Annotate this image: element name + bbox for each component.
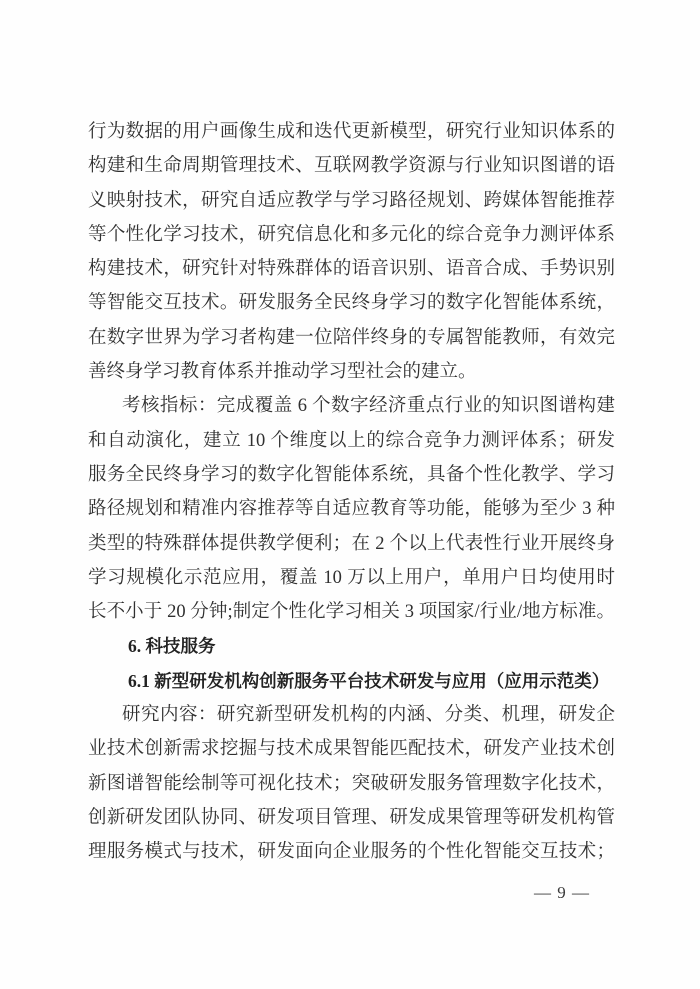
text-line: 构建和生命周期管理技术、互联网教学资源与行业知识图谱的语 xyxy=(88,149,615,183)
text-line: 研究内容：研究新型研发机构的内涵、分类、机理，研发企 xyxy=(88,698,615,732)
text-line: 路径规划和精准内容推荐等自适应教育等功能，能够为至少 3 种 xyxy=(88,492,615,526)
text-line: 学习规模化示范应用，覆盖 10 万以上用户，单用户日均使用时 xyxy=(88,561,615,595)
text-line: 行为数据的用户画像生成和迭代更新模型，研究行业知识体系的 xyxy=(88,115,615,149)
text-block: 行为数据的用户画像生成和迭代更新模型，研究行业知识体系的构建和生命周期管理技术、… xyxy=(88,115,615,870)
text-line: 业技术创新需求挖掘与技术成果智能匹配技术，研发产业技术创 xyxy=(88,732,615,766)
page-number: — 9 — xyxy=(0,881,590,905)
text-line: 创新研发团队协同、研发项目管理、研发成果管理等研发机构管 xyxy=(88,801,615,835)
text-line: 在数字世界为学习者构建一位陪伴终身的专属智能教师，有效完 xyxy=(88,321,615,355)
text-line: 等智能交互技术。研发服务全民终身学习的数字化智能体系统， xyxy=(88,286,615,320)
text-line: 理服务模式与技术，研发面向企业服务的个性化智能交互技术； xyxy=(88,835,615,869)
text-line: 义映射技术，研究自适应教学与学习路径规划、跨媒体智能推荐 xyxy=(88,184,615,218)
heading-line: 6.1 新型研发机构创新服务平台技术研发与应用（应用示范类） xyxy=(88,664,615,698)
text-line: 和自动演化，建立 10 个维度以上的综合竞争力测评体系；研发 xyxy=(88,424,615,458)
text-line: 长不小于 20 分钟;制定个性化学习相关 3 项国家/行业/地方标准。 xyxy=(88,595,615,629)
text-line: 新图谱智能绘制等可视化技术；突破研发服务管理数字化技术， xyxy=(88,767,615,801)
text-line: 构建技术，研究针对特殊群体的语音识别、语音合成、手势识别 xyxy=(88,252,615,286)
text-line: 服务全民终身学习的数字化智能体系统，具备个性化教学、学习 xyxy=(88,458,615,492)
heading-line: 6. 科技服务 xyxy=(88,629,615,663)
text-line: 善终身学习教育体系并推动学习型社会的建立。 xyxy=(88,355,615,389)
text-line: 考核指标：完成覆盖 6 个数字经济重点行业的知识图谱构建 xyxy=(88,389,615,423)
document-page: 行为数据的用户画像生成和迭代更新模型，研究行业知识体系的构建和生命周期管理技术、… xyxy=(0,0,700,989)
text-line: 等个性化学习技术，研究信息化和多元化的综合竞争力测评体系 xyxy=(88,218,615,252)
text-line: 类型的特殊群体提供教学便利；在 2 个以上代表性行业开展终身 xyxy=(88,527,615,561)
